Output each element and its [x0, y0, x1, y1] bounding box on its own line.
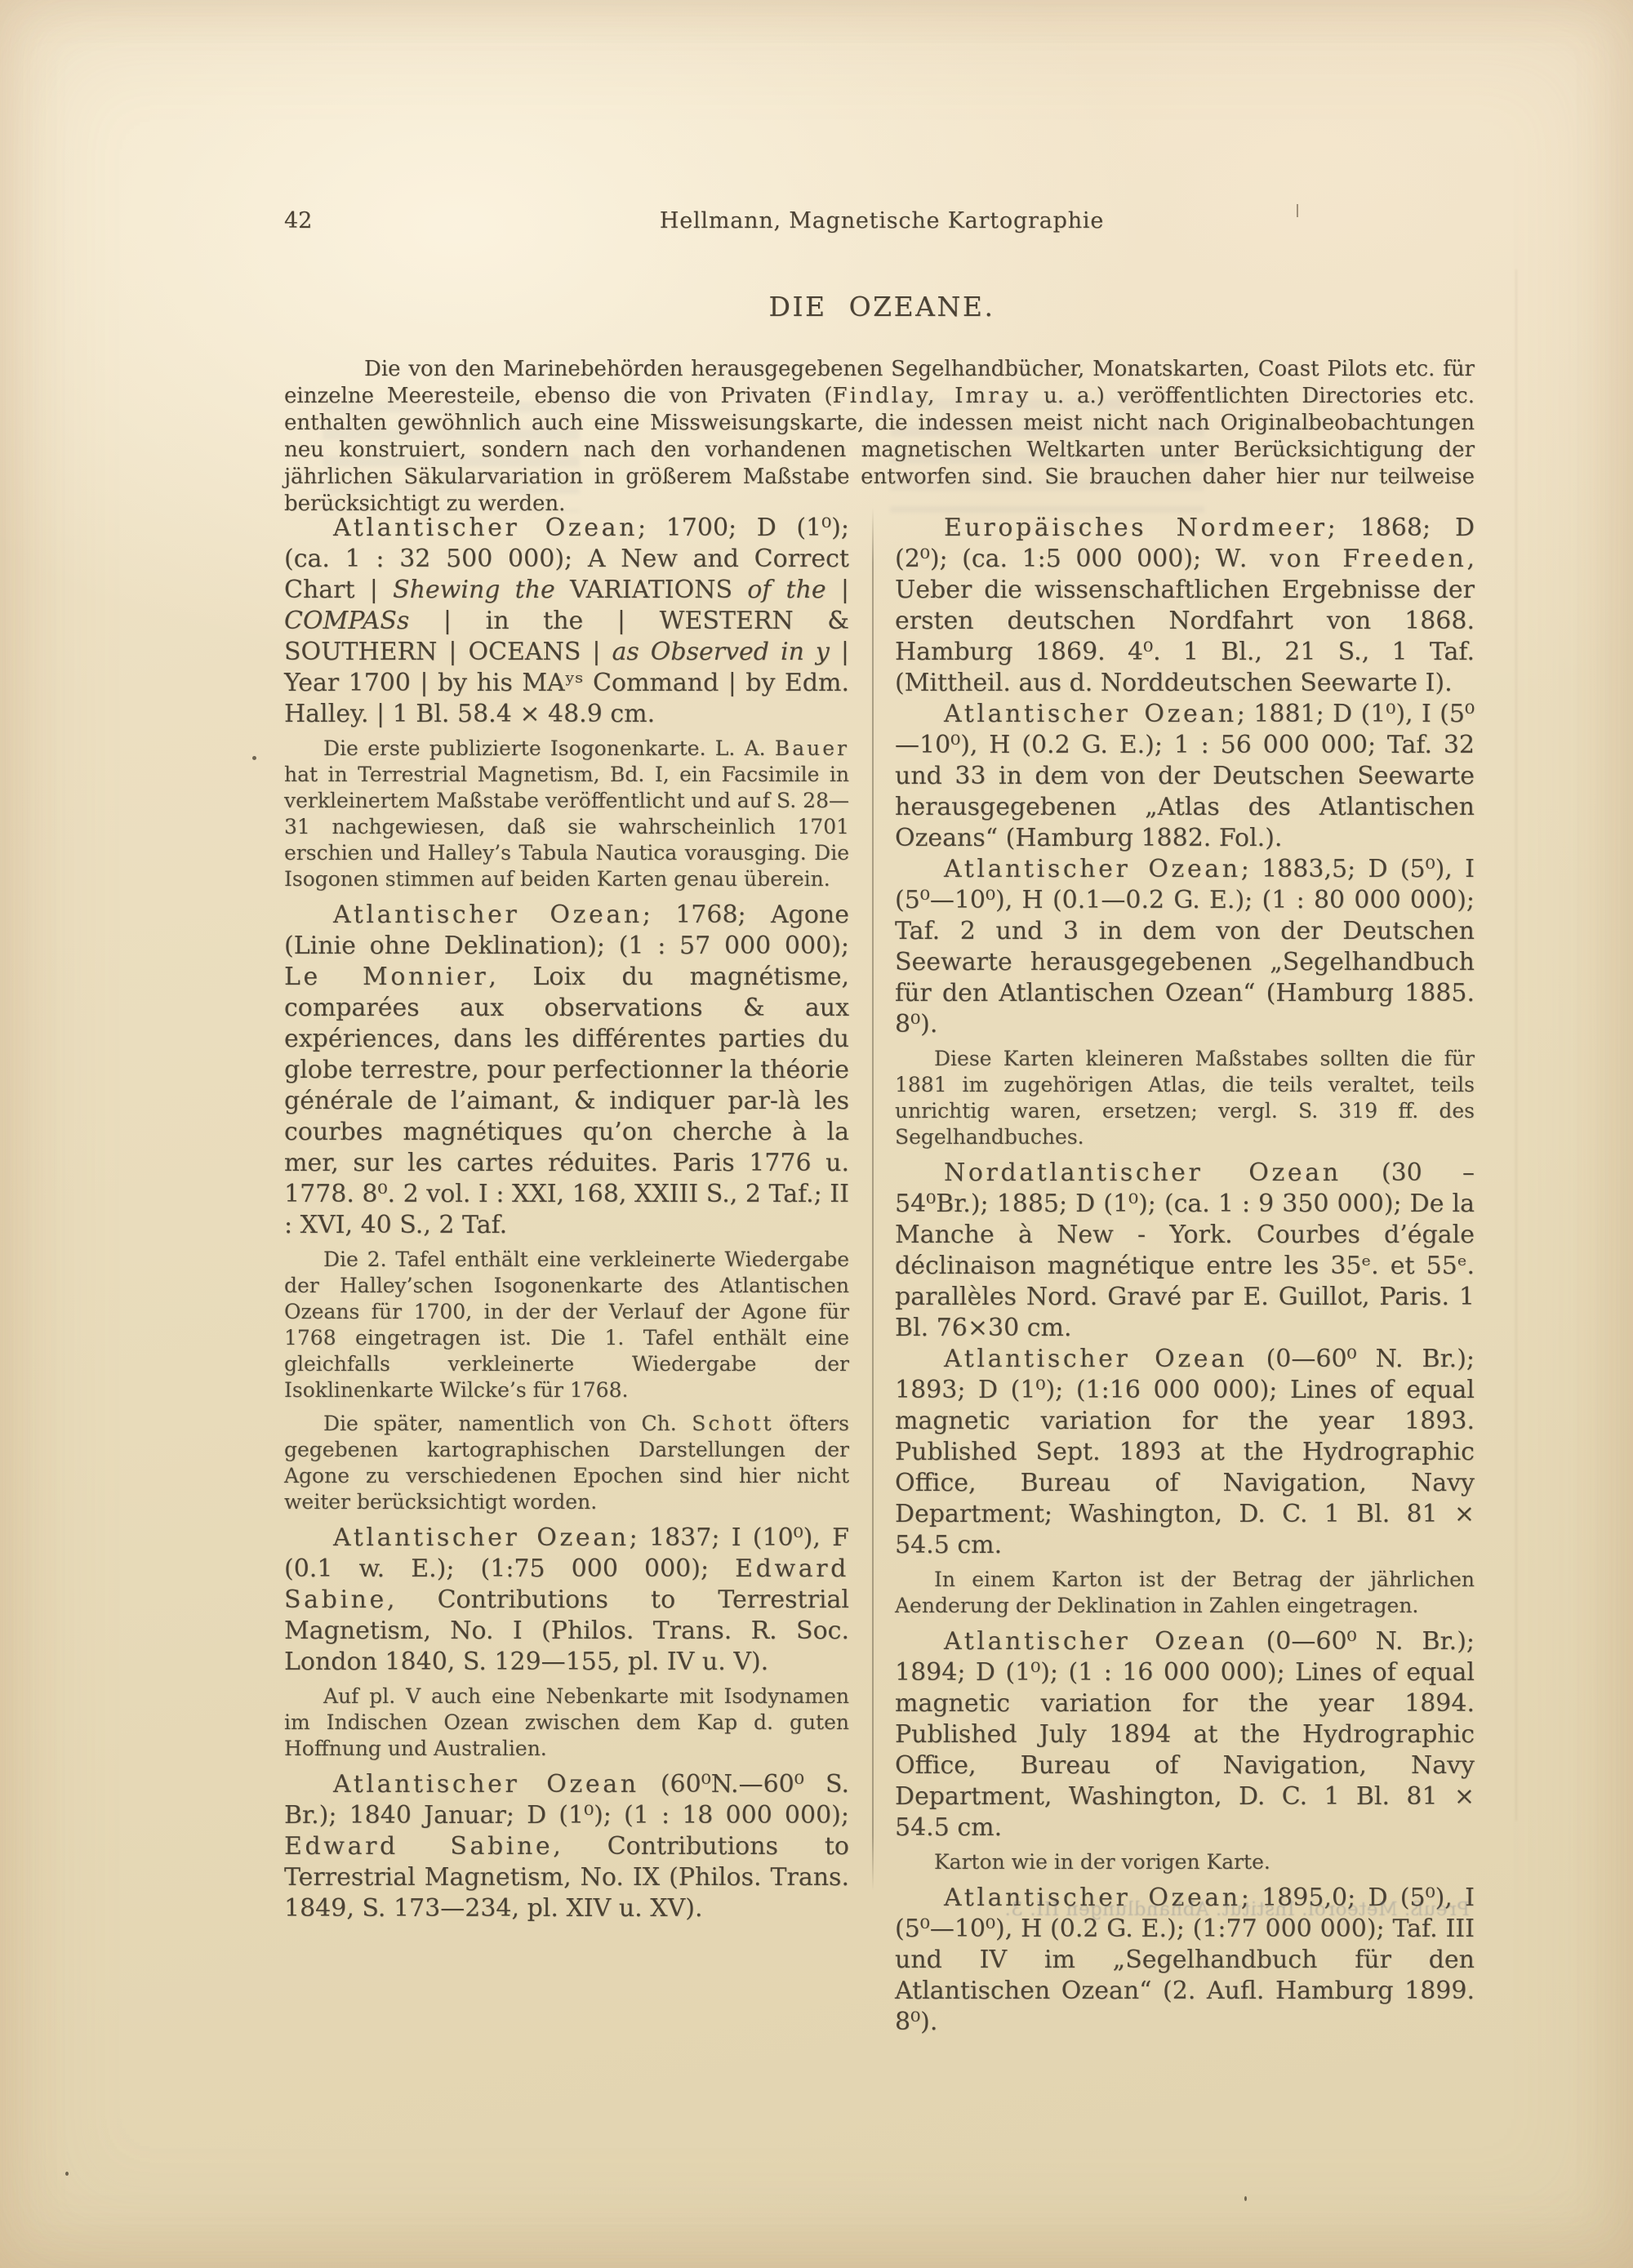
bibliography-entry: Atlantischer Ozean (0—60⁰ N. Br.); 1894;… — [895, 1626, 1475, 1843]
bibliography-entry: Atlantischer Ozean (60⁰N.—60⁰ S. Br.); 1… — [284, 1769, 849, 1924]
page-fold-shadow — [1515, 269, 1517, 1821]
paper-speck — [65, 2172, 69, 2176]
bibliography-entry: Atlantischer Ozean; 1700; D (1⁰); (ca. 1… — [284, 513, 849, 730]
entry-note: Die erste publizierte Isogonenkarte. L. … — [284, 736, 849, 892]
bibliography-entry: Atlantischer Ozean; 1883,5; D (5⁰), I (5… — [895, 854, 1475, 1040]
bibliography-entry: Atlantischer Ozean; 1768; Agone (Linie o… — [284, 900, 849, 1241]
entry-note: Karton wie in der vorigen Karte. — [895, 1849, 1475, 1875]
entry-note: Auf pl. V auch eine Nebenkarte mit Isody… — [284, 1683, 849, 1762]
entry-note: Die 2. Tafel enthält eine verkleinerte W… — [284, 1247, 849, 1403]
entry-note: Diese Karten kleineren Maßstabes sollten… — [895, 1046, 1475, 1150]
scanned-book-page: 42 Hellmann, Magnetische Kartographie DI… — [0, 0, 1633, 2268]
paper-speck — [252, 756, 256, 760]
bibliography-entry: Atlantischer Ozean; 1881; D (1⁰), I (5⁰—… — [895, 699, 1475, 854]
showthrough-signature-line: Preuß. Meteorol. Institut. Abhandlungen … — [1004, 1899, 1470, 1920]
left-column: Atlantischer Ozean; 1700; D (1⁰); (ca. 1… — [284, 513, 849, 2038]
right-column: Europäisches Nordmeer; 1868; D (2⁰); (ca… — [895, 513, 1475, 2038]
bibliography-entry: Europäisches Nordmeer; 1868; D (2⁰); (ca… — [895, 513, 1475, 699]
entry-note: In einem Karton ist der Betrag der jährl… — [895, 1567, 1475, 1619]
page-number: 42 — [284, 208, 312, 233]
running-header: Hellmann, Magnetische Kartographie — [660, 208, 1104, 233]
intro-paragraph: Die von den Marinebehörden herausgegeben… — [284, 356, 1475, 518]
scan-artifact-tick — [1297, 204, 1298, 217]
bibliography-entry: Nordatlantischer Ozean (30 – 54⁰Br.); 18… — [895, 1158, 1475, 1344]
bibliography-entry: Atlantischer Ozean (0—60⁰ N. Br.); 1893;… — [895, 1344, 1475, 1561]
section-title: DIE OZEANE. — [769, 291, 995, 322]
bibliography-columns: Atlantischer Ozean; 1700; D (1⁰); (ca. 1… — [284, 513, 1475, 2038]
bibliography-entry: Atlantischer Ozean; 1837; I (10⁰), F (0.… — [284, 1523, 849, 1678]
entry-note: Die später, namentlich von Ch. Schott öf… — [284, 1411, 849, 1515]
paper-speck — [1244, 2196, 1247, 2201]
